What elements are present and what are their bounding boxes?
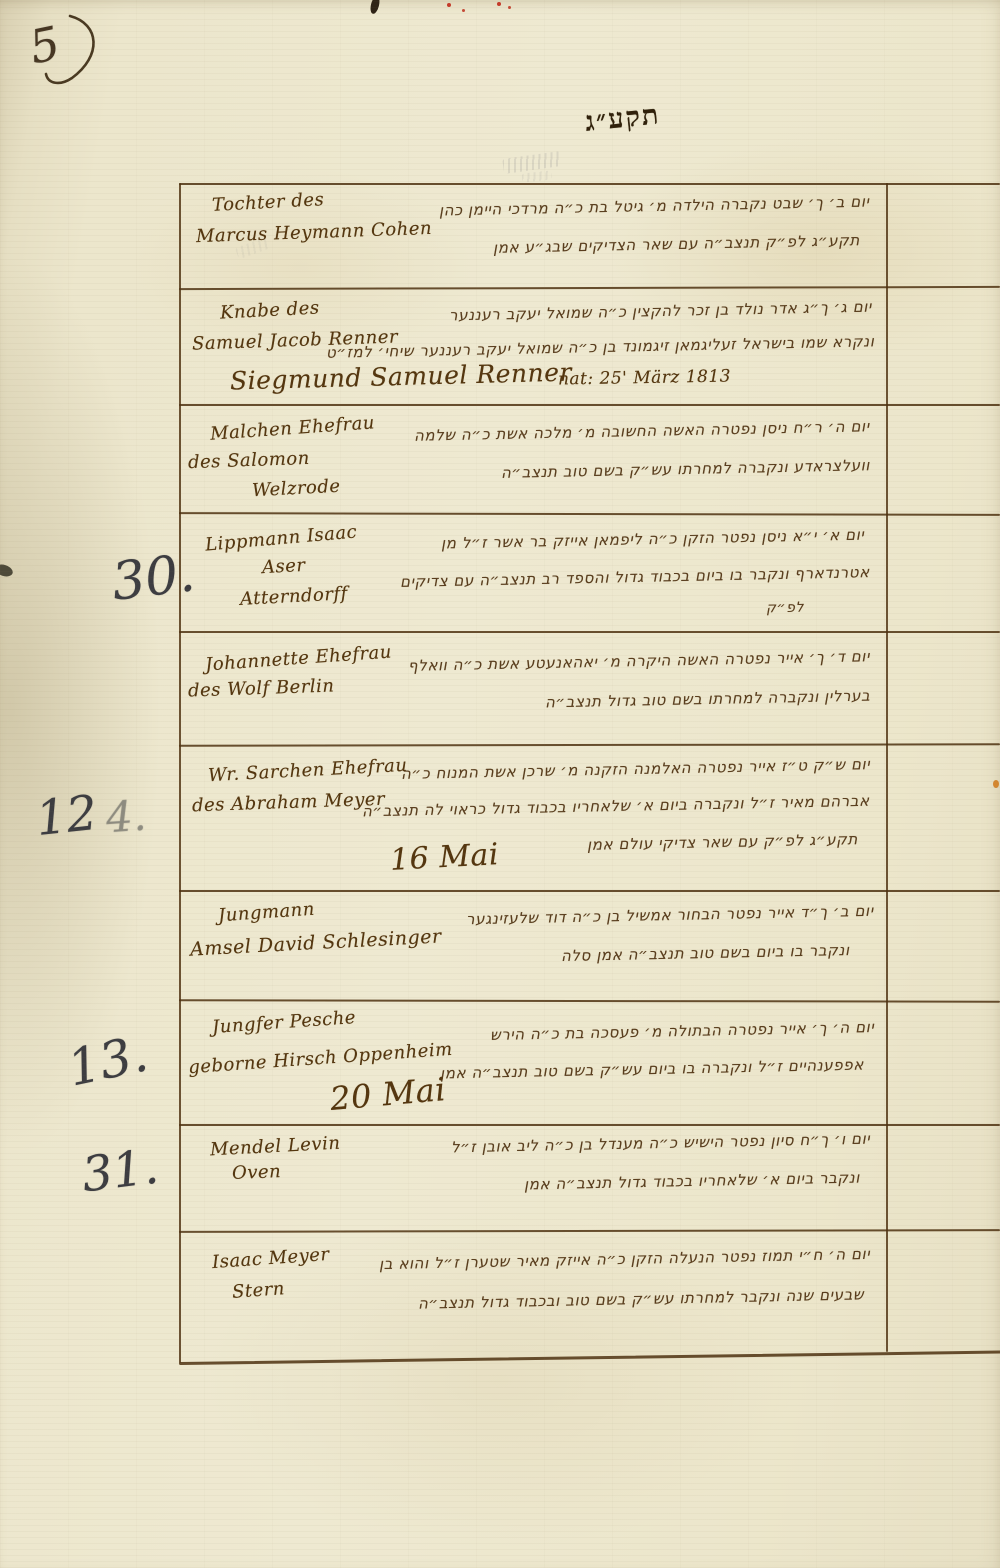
table-left-border bbox=[179, 183, 181, 1363]
red-speck bbox=[447, 3, 451, 7]
row3-german-line2: des Salomon bbox=[188, 448, 310, 473]
row5-german-line2: des Wolf Berlin bbox=[188, 675, 335, 701]
row-line-8 bbox=[179, 1124, 1000, 1126]
row8-hebrew-line2: אפפענהיים ז״ל ונקברה בו ביום עש״ק בשם טו… bbox=[440, 1056, 864, 1083]
row6-german-line2: des Abraham Meyer bbox=[192, 789, 386, 817]
red-speck bbox=[508, 6, 511, 9]
row6-hebrew-line1: יום ש״ק ט״ז אייר נפטרה האלמנה הזקנה מ׳ ש… bbox=[401, 755, 871, 783]
row-line-3 bbox=[179, 512, 1000, 516]
row3-german-line3: Welzrode bbox=[252, 476, 342, 502]
row-line-5 bbox=[179, 743, 1000, 746]
row6-german-line1: Wr. Sarchen Ehefrau bbox=[208, 755, 408, 786]
row2-hebrew-line1: יום ג׳ ך״ג אדר נולד בן זכר להקצין כ״ה שמ… bbox=[449, 298, 872, 325]
row6-civil-date: 16 Mai bbox=[389, 837, 500, 878]
pencil-smudge bbox=[502, 151, 562, 174]
row1-hebrew-line1: יום ב׳ ך׳ שבט נקברה הילדה מ׳ גיטל בת כ״ה… bbox=[439, 192, 870, 219]
row1-german-line1: Tochter des bbox=[212, 189, 325, 216]
row8-civil-date: 20 Mai bbox=[329, 1070, 448, 1118]
row5-hebrew-line2: בערלין ונקברה למחרתו בשם טוב גדול תנצב״ה bbox=[545, 687, 871, 712]
margin-number-13: 13. bbox=[63, 1024, 153, 1097]
red-speck bbox=[497, 2, 501, 6]
table-column-divider bbox=[886, 183, 888, 1352]
row4-hebrew-line2: אטרנדארף ונקבר בו ביום בכבוד גדול והספד … bbox=[400, 563, 870, 591]
margin-number-31: 31. bbox=[79, 1139, 162, 1204]
ink-blot bbox=[0, 562, 14, 578]
row10-hebrew-line1: יום ה׳ ח״י תמוז נפטר הנעלה הזקן כ״ה אייז… bbox=[379, 1245, 871, 1273]
row2-german-line1: Knabe des bbox=[220, 297, 321, 323]
row3-hebrew-line2: וועלצראדע ונקברה למחרתו עש״ק בשם טוב תנצ… bbox=[501, 456, 870, 482]
row-line-6 bbox=[179, 890, 1000, 892]
row7-hebrew-line1: יום ב׳ ך״ד אייר נפטר הבחור אמשיל בן כ״ה … bbox=[466, 902, 874, 929]
row10-german-line1: Isaac Meyer bbox=[211, 1244, 330, 1273]
year-heading: תקע״ג bbox=[584, 99, 662, 138]
row2-civil-date: nat: 25' März 1813 bbox=[558, 366, 731, 389]
manuscript-page: 5 תקע״ג 30. 12 4. 13. 31. Tochter des Ma… bbox=[0, 0, 1000, 1568]
pencil-smudge bbox=[522, 170, 553, 182]
row-line-2 bbox=[179, 404, 1000, 406]
folio-flourish-mark bbox=[42, 12, 104, 94]
ink-mark bbox=[369, 0, 381, 15]
row10-german-line2: Stern bbox=[231, 1278, 285, 1303]
row8-german-line1: Jungfer Pesche bbox=[211, 1007, 356, 1038]
table-bottom-border bbox=[179, 1350, 1000, 1365]
row4-german-line2: Aser bbox=[261, 555, 306, 578]
row6-hebrew-line3: תקע״ג לפ״ק עם שאר צדיקי עולם אמן bbox=[587, 830, 858, 854]
margin-number-12: 12 bbox=[33, 785, 100, 847]
row4-german-line3: Atterndorff bbox=[240, 583, 349, 610]
row7-german-line2: Amsel David Schlesinger bbox=[190, 925, 443, 960]
row-line-1 bbox=[179, 286, 1000, 290]
row9-hebrew-line2: ונקבר ביום א׳ שלאחריו בכבוד גדול תנצב״ה … bbox=[524, 1168, 860, 1193]
row7-german-line1: Jungmann bbox=[217, 899, 315, 927]
row3-german-line1: Malchen Ehefrau bbox=[209, 412, 375, 444]
row10-hebrew-line2: שבעים שנה ונקבר למחרתו עש״ק בשם טוב ובכב… bbox=[418, 1285, 864, 1312]
margin-number-4-faint: 4. bbox=[104, 791, 147, 843]
row8-hebrew-line1: יום ה׳ ך׳ אייר נפטרה הבתולה מ׳ פעסכה בת … bbox=[490, 1018, 875, 1044]
row9-german-line1: Mendel Levin bbox=[210, 1133, 341, 1161]
row-line-7 bbox=[179, 999, 1000, 1002]
row-line-9 bbox=[179, 1229, 1000, 1233]
row4-hebrew-line3: לפ״ק bbox=[766, 600, 804, 617]
row3-hebrew-line1: יום ה׳ ר״ח ניסן נפטרה האשה החשובה מ׳ מלכ… bbox=[414, 417, 870, 445]
row5-hebrew-line1: יום ד׳ ך׳ אייר נפטרה האשה היקרה מ׳ יאהאנ… bbox=[408, 647, 870, 675]
margin-number-30: 30. bbox=[109, 543, 198, 613]
row-line-4 bbox=[179, 631, 1000, 633]
row1-hebrew-line2: תקע״ג לפ״ק תנצב״ה עם שאר הצדיקים שבג״ע א… bbox=[493, 231, 860, 257]
orange-speck bbox=[993, 780, 999, 788]
row4-german-line1: Lippmann Isaac bbox=[204, 521, 358, 555]
row2-child-name: Siegmund Samuel Renner bbox=[230, 358, 573, 396]
table-top-border bbox=[179, 183, 1000, 185]
row6-hebrew-line2: אברהם מאיר ז״ל ונקברה ביום א׳ שלאחריו בכ… bbox=[362, 792, 870, 821]
row9-german-line2: Oven bbox=[232, 1161, 282, 1184]
red-speck bbox=[462, 9, 465, 12]
row9-hebrew-line1: יום ו׳ ך״ח סיון נפטר הישיש כ״ה מענדל בן … bbox=[451, 1130, 871, 1157]
row7-hebrew-line2: ונקבר בו ביום בשם טוב תנצב״ה אמן סלה bbox=[561, 941, 850, 965]
row1-german-line2: Marcus Heymann Cohen bbox=[196, 218, 433, 247]
row5-german-line1: Johannette Ehefrau bbox=[204, 642, 392, 676]
row4-hebrew-line1: יום א׳ י״א ניסן נפטר הזקן כ״ה ליפמאן איי… bbox=[440, 526, 864, 553]
row2-hebrew-line2: ונקרא שמו בישראל זעליגמאן זיגמונד בן כ״ה… bbox=[325, 332, 874, 361]
